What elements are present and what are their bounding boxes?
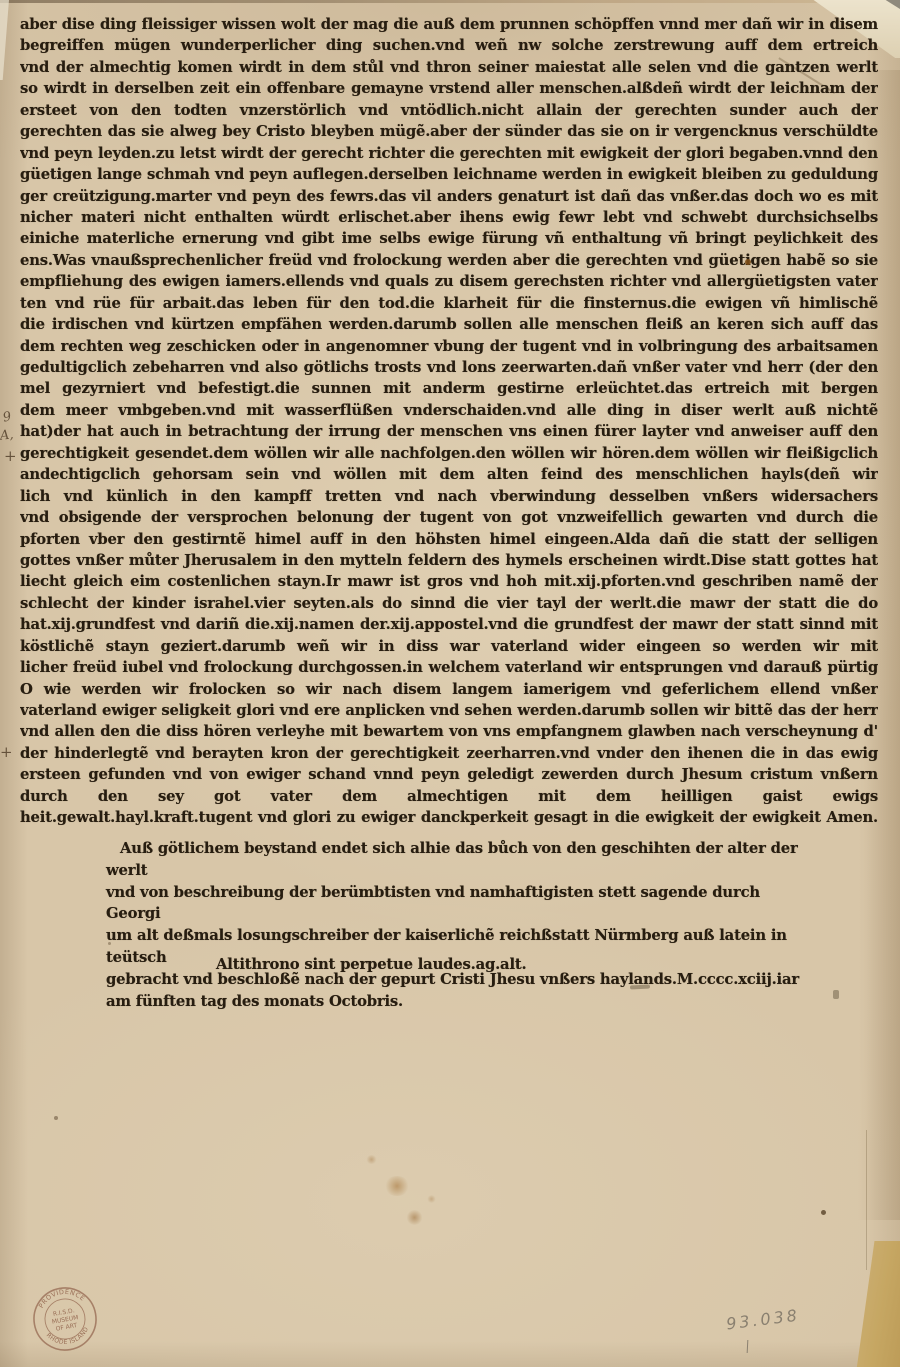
text-line: mel gezyrniert vnd befestigt.die sunnen … bbox=[20, 378, 878, 399]
text-line: schlecht der kinder israhel.vier seyten.… bbox=[20, 593, 878, 614]
text-line: begreiffen mügen wunderperlicher ding su… bbox=[20, 35, 878, 56]
text-line: ten vnd rüe für arbait.das leben für den… bbox=[20, 293, 878, 314]
text-line: dem meer vmbgeben.vnd mit wasserflüßen v… bbox=[20, 400, 878, 421]
text-line: der hinderlegtẽ vnd berayten kron der ge… bbox=[20, 743, 878, 764]
colophon-line: vnd von beschreibung der berümbtisten vn… bbox=[106, 882, 818, 926]
margin-cross-mark-lower: + bbox=[0, 743, 13, 761]
text-line: ersteen gefunden vnd von ewiger schand v… bbox=[20, 764, 878, 785]
text-line: gerechten das sie alweg bey Cristo bleyb… bbox=[20, 121, 878, 142]
text-line: dem rechten weg zeschicken oder in angen… bbox=[20, 336, 878, 357]
text-line: vaterland ewiger seligkeit glori vnd ere… bbox=[20, 700, 878, 721]
text-line: gerechtigkeit gesendet.dem wöllen wir al… bbox=[20, 443, 878, 464]
foxing-speck-a bbox=[54, 1116, 58, 1120]
margin-letter-mark: A, bbox=[0, 427, 14, 443]
margin-cross-mark-upper: + bbox=[4, 447, 17, 465]
colophon-line: Auß götlichem beystand endet sich alhie … bbox=[106, 838, 818, 882]
ink-speck bbox=[821, 1210, 826, 1215]
stain-blotch-large bbox=[384, 1176, 410, 1196]
text-line: vnd obsigende der versprochen belonung d… bbox=[20, 507, 878, 528]
right-crease-line bbox=[866, 1130, 867, 1270]
motto-line: Altithrono sint perpetue laudes.ag.alt. bbox=[216, 956, 526, 973]
museum-stamp: PROVIDENCE RHODE ISLAND R.I.S.D. MUSEUM … bbox=[24, 1278, 105, 1359]
text-line: gottes vnßer můter Jherusalem in den myt… bbox=[20, 550, 878, 571]
text-line: hat)der hat auch in betrachtung der irru… bbox=[20, 421, 878, 442]
text-line: vnd allen den die diss hören verleyhe mi… bbox=[20, 721, 878, 742]
text-line: einiche materliche ernerung vnd gibt ime… bbox=[20, 228, 878, 249]
foxing-speck-b bbox=[108, 942, 111, 945]
text-line: andechtigclich gehorsam sein vnd wöllen … bbox=[20, 464, 878, 485]
text-line: durch den sey got vater dem almechtigen … bbox=[20, 786, 878, 807]
text-line: aber dise ding fleissiger wissen wolt de… bbox=[20, 14, 878, 35]
stain-blotch-medium bbox=[406, 1210, 423, 1225]
page-top-edge bbox=[0, 0, 900, 3]
top-left-edge-highlight bbox=[0, 0, 9, 80]
main-text-block: aber dise ding fleissiger wissen wolt de… bbox=[20, 14, 878, 829]
text-line: köstlichẽ stayn geziert.darumb weñ wir i… bbox=[20, 636, 878, 657]
repair-tape-strip bbox=[856, 1241, 900, 1367]
text-line: licher freüd iubel vnd frolockung durchg… bbox=[20, 657, 878, 678]
text-line: empfliehung des ewigen iamers.ellends vn… bbox=[20, 271, 878, 292]
faint-pen-mark bbox=[833, 990, 839, 999]
text-line: vnd peyn leyden.zu letst wirdt der gerec… bbox=[20, 143, 878, 164]
stain-blotch-tiny bbox=[427, 1195, 436, 1203]
accession-number: 93.038 bbox=[725, 1306, 801, 1334]
text-line: gedultigclich zebeharren vnd also götlic… bbox=[20, 357, 878, 378]
text-line: pforten vber den gestirntẽ himel auff in… bbox=[20, 529, 878, 550]
margin-pen-squiggle: 9 bbox=[2, 409, 13, 425]
text-line: vnd der almechtig komen wirdt in dem stů… bbox=[20, 57, 878, 78]
text-line: ger creützigung.marter vnd peyn des fewr… bbox=[20, 186, 878, 207]
stain-blotch-small bbox=[366, 1155, 377, 1164]
text-line: hat.xij.grundfest vnd dariñ die.xij.name… bbox=[20, 614, 878, 635]
text-line: heit.gewalt.hayl.kraft.tugent vnd glori … bbox=[20, 807, 878, 828]
text-line: so wirdt in derselben zeit ein offenbare… bbox=[20, 78, 878, 99]
text-line: die irdischen vnd kürtzen empfähen werde… bbox=[20, 314, 878, 335]
colophon-block: Auß götlichem beystand endet sich alhie … bbox=[106, 838, 818, 1012]
text-line: ersteet von den todten vnzerstörlich vnd… bbox=[20, 100, 878, 121]
colophon-line: am fünften tag des monats Octobris. bbox=[106, 991, 818, 1013]
text-line: liecht gleich eim costenlichen stayn.Ir … bbox=[20, 571, 878, 592]
text-line: nicher materi nicht enthalten würdt erli… bbox=[20, 207, 878, 228]
manuscript-page: aber dise ding fleissiger wissen wolt de… bbox=[0, 0, 900, 1367]
text-line: lich vnd künlich in den kampff tretten v… bbox=[20, 486, 878, 507]
wormhole-dot bbox=[745, 259, 751, 265]
text-line: güetigen lange schmah vnd peyn auflegen.… bbox=[20, 164, 878, 185]
accession-pen-tick bbox=[747, 1340, 749, 1353]
text-line: O wie werden wir frolocken so wir nach d… bbox=[20, 679, 878, 700]
